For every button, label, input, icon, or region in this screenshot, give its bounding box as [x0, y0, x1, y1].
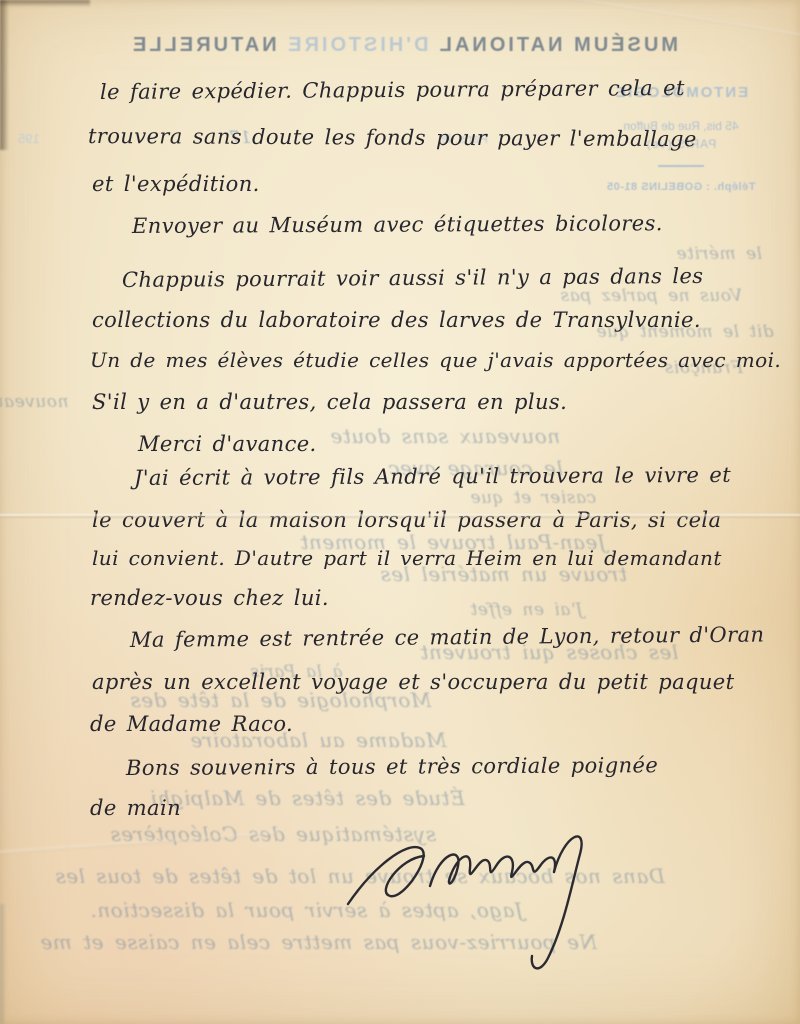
scan-edge-top: [0, 0, 90, 7]
letterhead-museum: MUSÉUM NATIONAL: [437, 34, 678, 56]
letter-line: trouvera sans doute les fonds pour payer…: [88, 124, 697, 151]
mirrored-letterhead: MUSÉUM NATIONAL D'HISTOIRE NATURELLE: [88, 34, 720, 57]
letter-line: rendez-vous chez lui.: [90, 586, 329, 610]
ghost-line: nouveaux: [0, 392, 68, 412]
scan-edge-bottom-left: [0, 904, 6, 1024]
address-divider: [658, 165, 704, 167]
fold-crease: [0, 514, 800, 518]
letter-line: J'ai écrit à votre fils André qu'il trou…: [134, 463, 731, 490]
letter-page: MUSÉUM NATIONAL D'HISTOIRE NATURELLE ENT…: [0, 0, 800, 1024]
letter-line: Envoyer au Muséum avec étiquettes bicolo…: [132, 211, 663, 238]
ghost-line: Vous ne parlez pas: [560, 286, 742, 306]
letterhead-histoire: D'HISTOIRE: [285, 34, 428, 56]
letter-line: Chappuis pourrait voir aussi s'il n'y a …: [122, 264, 704, 292]
letter-line: S'il y en a d'autres, cela passera en pl…: [92, 390, 567, 414]
ghost-line: casier et que: [470, 488, 596, 508]
scan-edge-left: [0, 0, 9, 150]
letter-line: de main: [90, 796, 181, 820]
signature: [340, 808, 660, 988]
letter-line: Un de mes élèves étudie celles que j'ava…: [90, 348, 781, 372]
phone-label: Téléph. : GOBELINS 81-05: [592, 181, 770, 193]
ghost-line: le mérite: [676, 244, 762, 264]
letterhead-naturelle: NATURELLE: [130, 34, 277, 56]
letter-line: le faire expédier. Chappuis pourra prépa…: [100, 76, 685, 104]
letter-line: le couvert à la maison lorsqu'il passera…: [92, 508, 721, 532]
ghost-line: J'ai en effet: [470, 600, 583, 620]
date-year: 195: [18, 131, 40, 146]
letter-line: lui convient. D'autre part il verra Heim…: [92, 546, 722, 570]
ghost-line: Étude des têtes de Malpighi: [150, 786, 465, 810]
letter-line: collections du laboratoire des larves de…: [92, 308, 701, 332]
letter-line: et l'expédition.: [92, 172, 260, 196]
letter-line: Bons souvenirs à tous et très cordiale p…: [126, 753, 658, 780]
letter-line: après un excellent voyage et s'occupera …: [92, 670, 734, 694]
letter-line: Merci d'avance.: [138, 432, 317, 456]
ghost-line: nouveaux sans doute: [330, 424, 560, 448]
signature-strokes: [340, 808, 660, 988]
letter-line: de Madame Raco.: [90, 712, 293, 736]
